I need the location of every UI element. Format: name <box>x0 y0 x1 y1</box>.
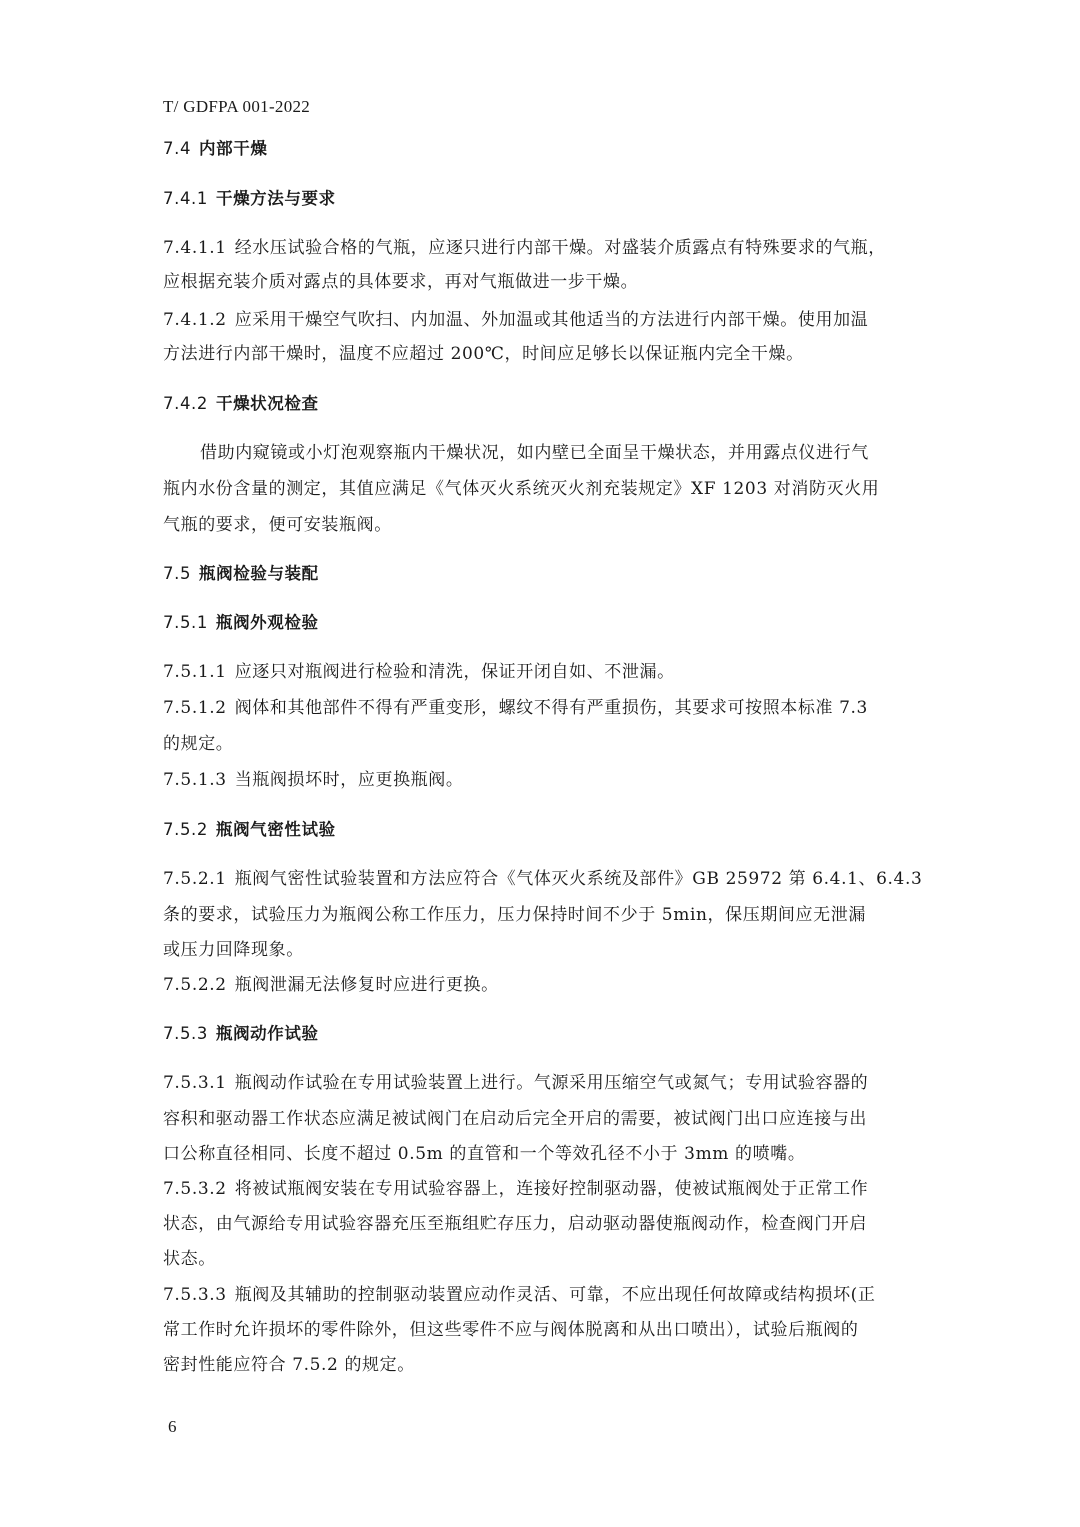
section-heading-7-4-2: 7.4.2干燥状况检查 <box>163 393 319 415</box>
clause-continuation: 口公称直径相同、长度不超过 0.5m 的直管和一个等效孔径不小于 3mm 的喷嘴… <box>163 1143 805 1165</box>
clause-continuation: 状态，由气源给专用试验容器充压至瓶组贮存压力，启动驱动器使瓶阀动作，检查阀门开启 <box>163 1213 867 1235</box>
clause-7-5-2-1: 7.5.2.1瓶阀气密性试验装置和方法应符合《气体灭火系统及部件》GB 2597… <box>163 868 922 890</box>
clause-continuation: 状态。 <box>163 1248 216 1270</box>
clause-7-5-3-1: 7.5.3.1瓶阀动作试验在专用试验装置上进行。气源采用压缩空气或氮气；专用试验… <box>163 1072 868 1094</box>
section-heading-7-5-2: 7.5.2瓶阀气密性试验 <box>163 819 336 841</box>
page-number: 6 <box>168 1417 177 1437</box>
clause-7-5-1-2: 7.5.1.2阀体和其他部件不得有严重变形，螺纹不得有严重损伤，其要求可按照本标… <box>163 697 868 719</box>
document-page: T/ GDFPA 001-2022 7.4内部干燥 7.4.1干燥方法与要求 7… <box>0 0 1080 1527</box>
clause-7-5-1-3: 7.5.1.3当瓶阀损坏时，应更换瓶阀。 <box>163 769 464 791</box>
clause-continuation: 应根据充装介质对露点的具体要求，再对气瓶做进一步干燥。 <box>163 271 638 293</box>
section-heading-7-4: 7.4内部干燥 <box>163 138 267 160</box>
clause-7-5-3-2: 7.5.3.2将被试瓶阀安装在专用试验容器上，连接好控制驱动器，使被试瓶阀处于正… <box>163 1178 868 1200</box>
clause-continuation: 容积和驱动器工作状态应满足被试阀门在启动后完全开启的需要，被试阀门出口应连接与出 <box>163 1108 867 1130</box>
clause-continuation: 的规定。 <box>163 733 233 755</box>
paragraph-continuation: 气瓶的要求，便可安装瓶阀。 <box>163 514 392 536</box>
document-code: T/ GDFPA 001-2022 <box>163 96 310 118</box>
section-heading-7-5-3: 7.5.3瓶阀动作试验 <box>163 1023 319 1045</box>
section-heading-7-4-1: 7.4.1干燥方法与要求 <box>163 188 336 210</box>
section-heading-7-5-1: 7.5.1瓶阀外观检验 <box>163 612 319 634</box>
clause-7-4-1-2: 7.4.1.2应采用干燥空气吹扫、内加温、外加温或其他适当的方法进行内部干燥。使… <box>163 309 868 331</box>
paragraph-continuation: 瓶内水份含量的测定，其值应满足《气体灭火系统灭火剂充装规定》XF 1203 对消… <box>163 478 879 500</box>
clause-7-5-1-1: 7.5.1.1应逐只对瓶阀进行检验和清洗，保证开闭自如、不泄漏。 <box>163 661 675 683</box>
section-heading-7-5: 7.5瓶阀检验与装配 <box>163 563 319 585</box>
clause-continuation: 密封性能应符合 7.5.2 的规定。 <box>163 1354 415 1376</box>
clause-7-5-3-3: 7.5.3.3瓶阀及其辅助的控制驱动装置应动作灵活、可靠，不应出现任何故障或结构… <box>163 1284 876 1306</box>
clause-continuation: 方法进行内部干燥时，温度不应超过 200℃，时间应足够长以保证瓶内完全干燥。 <box>163 343 804 365</box>
clause-continuation: 条的要求，试验压力为瓶阀公称工作压力，压力保持时间不少于 5min，保压期间应无… <box>163 904 866 926</box>
clause-continuation: 常工作时允许损坏的零件除外，但这些零件不应与阀体脱离和从出口喷出），试验后瓶阀的 <box>163 1319 859 1341</box>
clause-7-4-1-1: 7.4.1.1经水压试验合格的气瓶，应逐只进行内部干燥。对盛装介质露点有特殊要求… <box>163 237 886 259</box>
paragraph-indented: 借助内窥镜或小灯泡观察瓶内干燥状况，如内壁已全面呈干燥状态，并用露点仪进行气 <box>200 442 869 464</box>
clause-7-5-2-2: 7.5.2.2瓶阀泄漏无法修复时应进行更换。 <box>163 974 499 996</box>
clause-continuation: 或压力回降现象。 <box>163 939 304 961</box>
